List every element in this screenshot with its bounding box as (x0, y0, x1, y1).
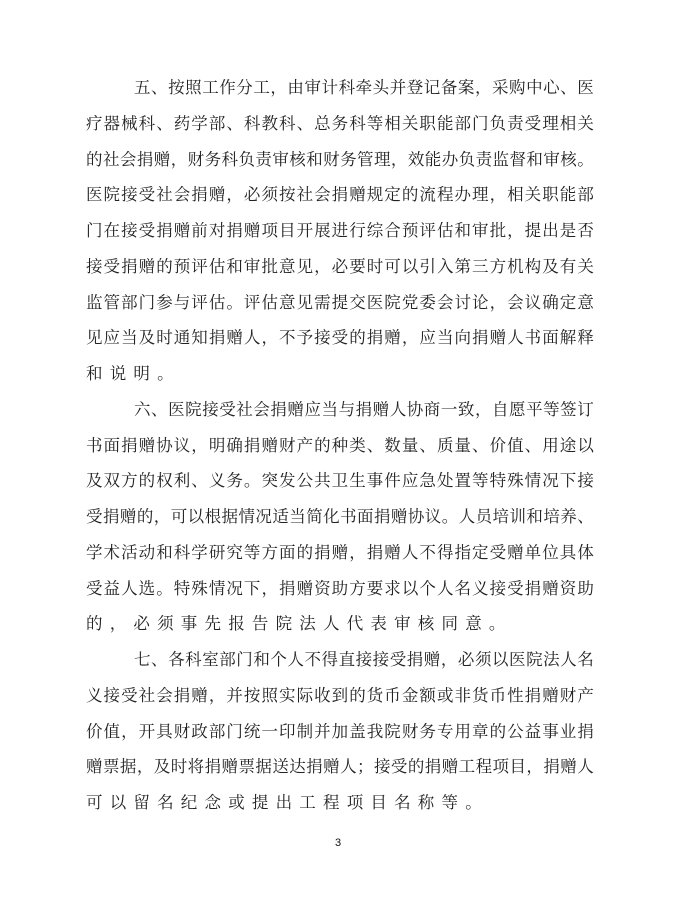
text-line: 六、医院接受社会捐赠应当与捐赠人协商一致，自愿平等签订 (134, 398, 594, 422)
text-line: 监管部门参与评估。评估意见需提交医院党委会讨论，会议确定意 (86, 291, 594, 315)
document-page: 五、按照工作分工，由审计科牵头并登记备案，采购中心、医疗器械科、药学部、科教科、… (0, 0, 674, 909)
text-line: 七、各科室部门和个人不得直接接受捐赠，必须以医院法人名 (134, 648, 594, 672)
text-line: 的社会捐赠，财务科负责审核和财务管理，效能办负责监督和审核。 (86, 148, 594, 172)
text-line: 学术活动和科学研究等方面的捐赠，捐赠人不得指定受赠单位具体 (86, 541, 594, 565)
text-line: 受捐赠的，可以根据情况适当简化书面捐赠协议。人员培训和培养、 (86, 505, 594, 529)
text-line: 可以留名纪念或提出工程项目名称等。 (86, 791, 594, 815)
page-number: 3 (333, 837, 343, 849)
text-line: 赠票据，及时将捐赠票据送达捐赠人；接受的捐赠工程项目，捐赠人 (86, 755, 594, 779)
text-line: 医院接受社会捐赠，必须按社会捐赠规定的流程办理，相关职能部 (86, 183, 594, 207)
text-line: 接受捐赠的预评估和审批意见，必要时可以引入第三方机构及有关 (86, 255, 594, 279)
text-line: 和说明。 (86, 362, 594, 386)
text-line: 五、按照工作分工，由审计科牵头并登记备案，采购中心、医 (134, 76, 594, 100)
text-line: 见应当及时通知捐赠人，不予接受的捐赠，应当向捐赠人书面解释 (86, 326, 594, 350)
text-line: 义接受社会捐赠，并按照实际收到的货币金额或非货币性捐赠财产 (86, 684, 594, 708)
text-line: 及双方的权利、义务。突发公共卫生事件应急处置等特殊情况下接 (86, 469, 594, 493)
text-line: 的，必须事先报告院法人代表审核同意。 (86, 612, 594, 636)
text-line: 受益人选。特殊情况下，捐赠资助方要求以个人名义接受捐赠资助 (86, 577, 594, 601)
text-line: 疗器械科、药学部、科教科、总务科等相关职能部门负责受理相关 (86, 112, 594, 136)
text-line: 价值，开具财政部门统一印制并加盖我院财务专用章的公益事业捐 (86, 720, 594, 744)
text-line: 书面捐赠协议，明确捐赠财产的种类、数量、质量、价值、用途以 (86, 434, 594, 458)
text-line: 门在接受捐赠前对捐赠项目开展进行综合预评估和审批，提出是否 (86, 219, 594, 243)
